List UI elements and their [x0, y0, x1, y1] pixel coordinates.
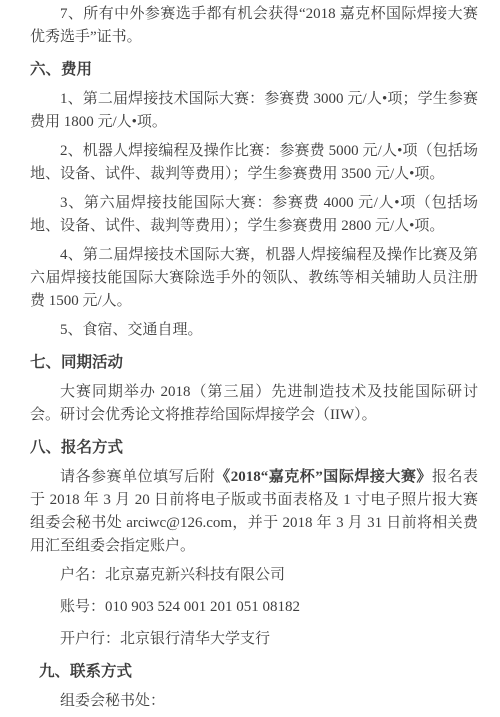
fees-item-5: 5、食宿、交通自理。	[30, 319, 478, 342]
registration-intro-pre: 请各参赛单位填写后附	[60, 469, 215, 485]
account-name-line: 户名：北京嘉克新兴科技有限公司	[60, 564, 478, 587]
paragraph-certificate-note: 7、所有中外参赛选手都有机会获得“2018 嘉克杯国际焊接大赛优秀选手”证书。	[30, 3, 478, 49]
heading-section-7-concurrent-activities: 七、同期活动	[30, 351, 478, 374]
paragraph-registration-intro: 请各参赛单位填写后附《2018“嘉克杯”国际焊接大赛》报名表于 2018 年 3…	[30, 466, 478, 558]
paragraph-concurrent-activities: 大赛同期举办 2018（第三届）先进制造技术及技能国际研讨会。研讨会优秀论文将推…	[30, 381, 478, 427]
account-number-line: 账号：010 903 524 001 201 051 08182	[60, 596, 478, 619]
heading-section-6-fees: 六、费用	[30, 58, 478, 81]
fees-item-4: 4、第二届焊接技术国际大赛，机器人焊接编程及操作比赛及第六届焊接技能国际大赛除选…	[30, 244, 478, 313]
bank-branch-line: 开户行：北京银行清华大学支行	[60, 628, 478, 651]
registration-form-title: 《2018“嘉克杯”国际焊接大赛》	[215, 469, 432, 485]
secretariat-label-line: 组委会秘书处：	[30, 690, 478, 713]
heading-section-8-registration-method: 八、报名方式	[30, 436, 478, 459]
heading-section-9-contact: 九、联系方式	[30, 660, 478, 683]
fees-item-1: 1、第二届焊接技术国际大赛：参赛费 3000 元/人•项；学生参赛费用 1800…	[30, 88, 478, 134]
fees-item-2: 2、机器人焊接编程及操作比赛：参赛费 5000 元/人•项（包括场地、设备、试件…	[30, 140, 478, 186]
fees-item-3: 3、第六届焊接技能国际大赛：参赛费 4000 元/人•项（包括场地、设备、试件、…	[30, 192, 478, 238]
document-page: 7、所有中外参赛选手都有机会获得“2018 嘉克杯国际焊接大赛优秀选手”证书。 …	[0, 0, 500, 717]
